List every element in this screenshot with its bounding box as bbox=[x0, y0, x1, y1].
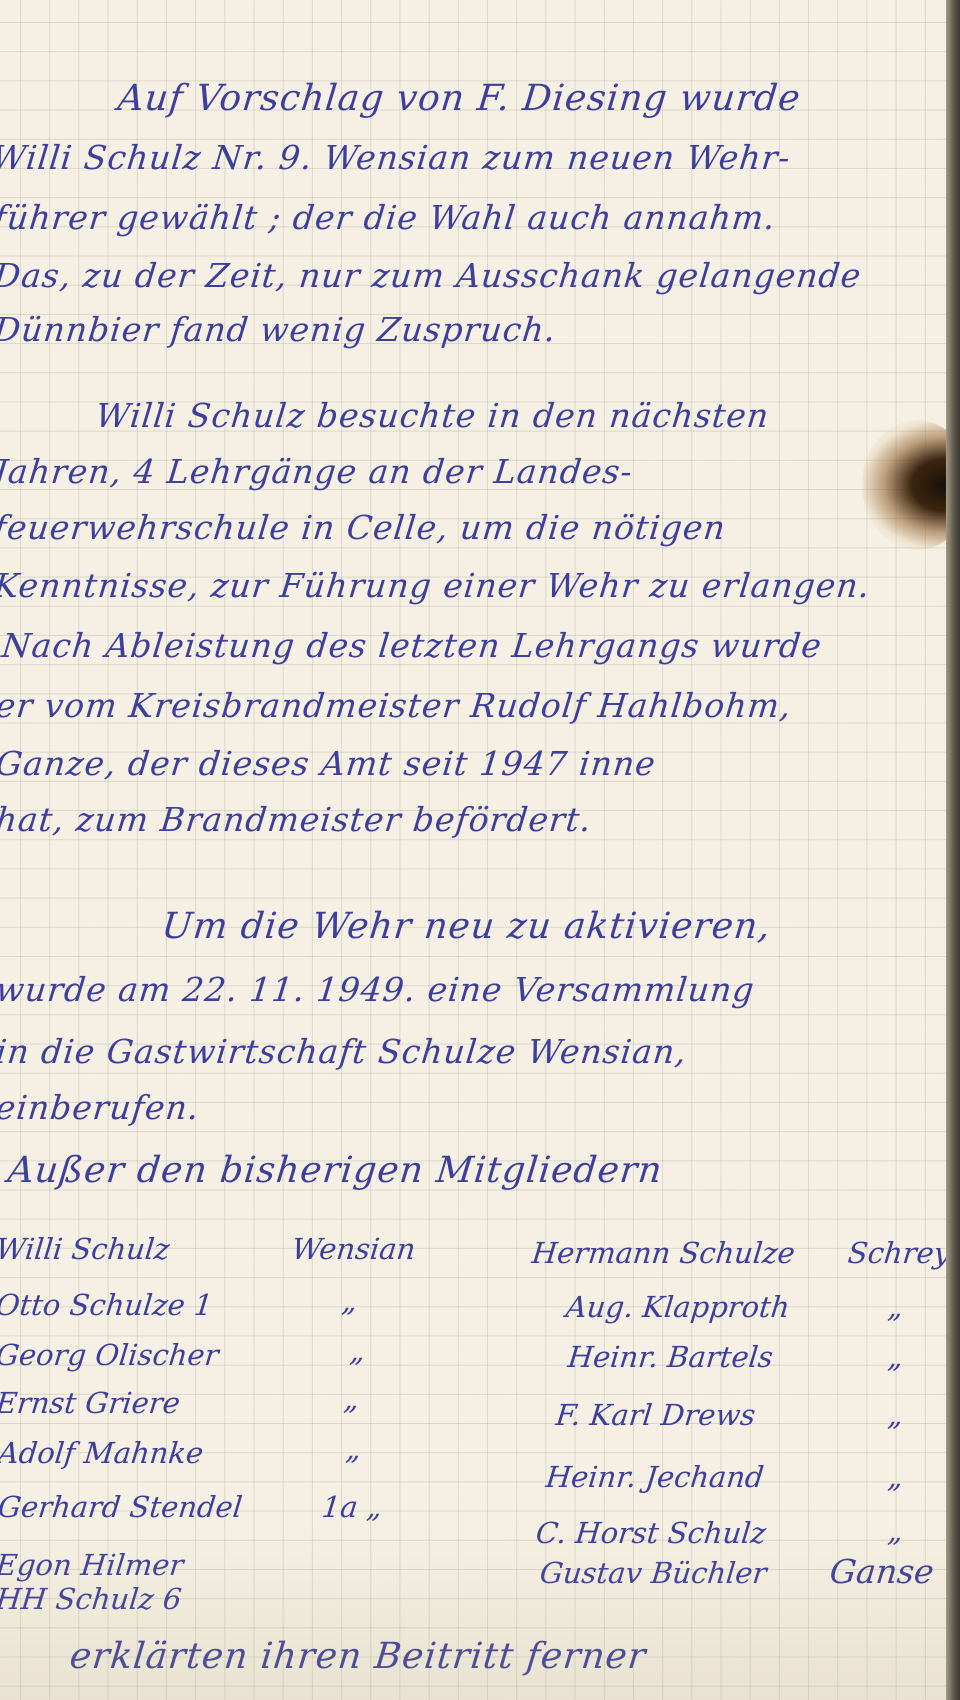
text-line: Jahren, 4 Lehrgänge an der Landes- bbox=[0, 452, 635, 491]
member-place: „ bbox=[348, 1334, 367, 1368]
member-place: Wensian bbox=[290, 1232, 417, 1266]
member-name: Egon Hilmer bbox=[0, 1548, 185, 1582]
text-line: wurde am 22. 11. 1949. eine Versammlung bbox=[0, 970, 757, 1009]
text-line: Kenntnisse, zur Führung einer Wehr zu er… bbox=[0, 566, 872, 605]
member-place: „ bbox=[886, 1514, 905, 1548]
member-place: „ bbox=[886, 1398, 905, 1432]
member-name: Adolf Mahnke bbox=[0, 1436, 205, 1470]
text-line: Willi Schulz Nr. 9. Wensian zum neuen We… bbox=[0, 138, 793, 177]
member-place: „ bbox=[886, 1290, 905, 1324]
member-name: Gustav Büchler bbox=[538, 1556, 768, 1590]
member-place: „ bbox=[342, 1382, 361, 1416]
member-name: Otto Schulze 1 bbox=[0, 1288, 214, 1322]
text-line: in die Gastwirtschaft Schulze Wensian, bbox=[0, 1032, 689, 1071]
text-line: er vom Kreisbrandmeister Rudolf Hahlbohm… bbox=[0, 686, 794, 725]
text-line: Willi Schulz besuchte in den nächsten bbox=[94, 396, 771, 435]
member-name: Hermann Schulze bbox=[530, 1236, 796, 1270]
member-place: „ bbox=[344, 1432, 363, 1466]
member-place: „ bbox=[340, 1284, 359, 1318]
text-line: Auf Vorschlag von F. Diesing wurde bbox=[116, 78, 803, 119]
text-line: Das, zu der Zeit, nur zum Ausschank gela… bbox=[0, 256, 863, 295]
text-line: Um die Wehr neu zu aktivieren, bbox=[160, 906, 773, 947]
member-name: Heinr. Jechand bbox=[544, 1460, 765, 1494]
member-name: Georg Olischer bbox=[0, 1338, 220, 1372]
text-line: einberufen. bbox=[0, 1088, 202, 1127]
text-line: Nach Ableistung des letzten Lehrgangs wu… bbox=[0, 626, 824, 665]
member-name: C. Horst Schulz bbox=[534, 1516, 768, 1550]
member-name: Gerhard Stendel bbox=[0, 1490, 244, 1524]
text-line: hat, zum Brandmeister befördert. bbox=[0, 800, 594, 839]
text-line: feuerwehrschule in Celle, um die nötigen bbox=[0, 508, 728, 547]
closing-text-line: erklärten ihren Beitritt ferner bbox=[68, 1636, 648, 1677]
member-name: HH Schulz 6 bbox=[0, 1582, 183, 1616]
member-place: „ bbox=[886, 1340, 905, 1374]
member-place: 1a „ bbox=[320, 1490, 384, 1524]
member-place: „ bbox=[886, 1460, 905, 1494]
members-heading: Außer den bisherigen Mitgliedern bbox=[6, 1150, 665, 1191]
member-place: Schreyahn bbox=[846, 1236, 960, 1270]
text-line: führer gewählt ; der die Wahl auch annah… bbox=[0, 198, 778, 237]
member-name: Aug. Klapproth bbox=[564, 1290, 791, 1324]
page-edge-shadow bbox=[946, 0, 960, 1700]
member-name: F. Karl Drews bbox=[554, 1398, 757, 1432]
member-name: Ernst Griere bbox=[0, 1386, 182, 1420]
text-line: Ganze, der dieses Amt seit 1947 inne bbox=[0, 744, 658, 783]
notebook-page: Auf Vorschlag von F. Diesing wurde Willi… bbox=[0, 0, 948, 1700]
text-line: Dünnbier fand wenig Zuspruch. bbox=[0, 310, 558, 349]
member-name: Heinr. Bartels bbox=[566, 1340, 775, 1374]
member-place: Ganse bbox=[828, 1552, 936, 1591]
member-name: Willi Schulz bbox=[0, 1232, 171, 1266]
